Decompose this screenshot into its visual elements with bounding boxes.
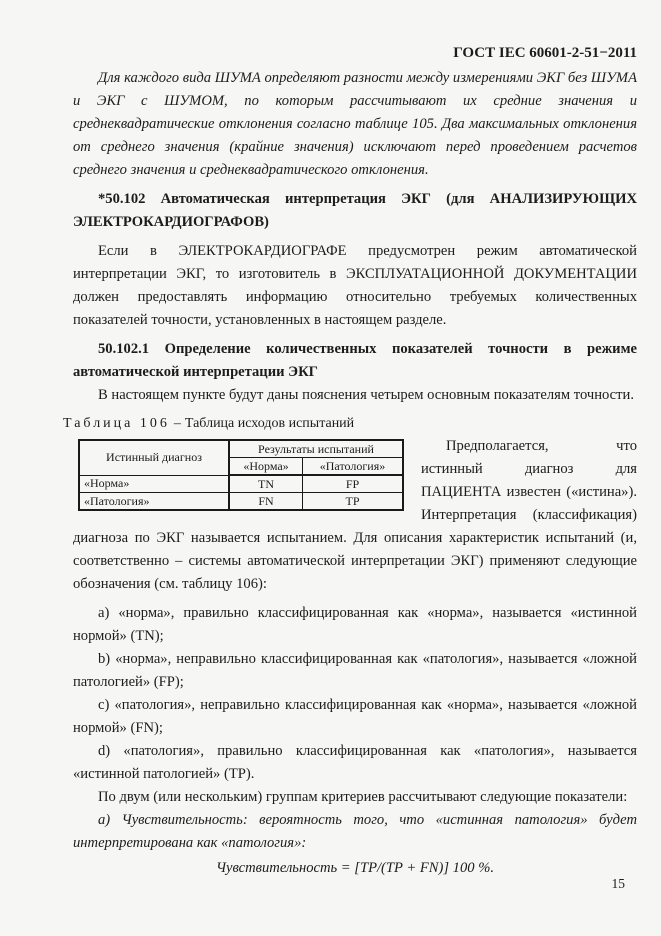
subsection-50-102-1-heading: 50.102.1 Определение количественных пока…	[73, 338, 637, 384]
table-caption-dash: –	[170, 416, 185, 431]
sensitivity-definition: а) Чувствительность: вероятность того, ч…	[73, 809, 637, 855]
cell-fp-value: FP	[303, 475, 404, 493]
cell-row-label: «Патология»	[79, 493, 229, 511]
doc-code-header: ГОСТ IEC 60601-2-51−2011	[73, 42, 637, 65]
cell-tp-value: TP	[303, 493, 404, 511]
sensitivity-formula: Чувствительность = [TP/(TP + FN)] 100 %.	[73, 857, 637, 880]
table-header-row: Истинный диагноз Результаты испытаний	[79, 440, 403, 458]
cell-pathology-subheader: «Патология»	[303, 458, 404, 476]
subsection-50-102-1-body: В настоящем пункте будут даны пояснения …	[73, 384, 637, 407]
criteria-intro-paragraph: По двум (или нескольким) группам критери…	[73, 786, 637, 809]
cell-norm-subheader: «Норма»	[229, 458, 303, 476]
section-50-102-heading: *50.102 Автоматическая интерпретация ЭКГ…	[73, 188, 637, 234]
cell-true-diagnosis-header: Истинный диагноз	[79, 440, 229, 475]
cell-tn-value: TN	[229, 475, 303, 493]
definition-item-d: d) «патология», правильно классифицирова…	[73, 740, 637, 786]
intro-paragraph: Для каждого вида ШУМА определяют разност…	[73, 67, 637, 182]
table-106: Истинный диагноз Результаты испытаний «Н…	[78, 439, 404, 511]
cell-row-label: «Норма»	[79, 475, 229, 493]
cell-fn-value: FN	[229, 493, 303, 511]
document-page: ГОСТ IEC 60601-2-51−2011 Для каждого вид…	[0, 0, 661, 936]
table-106-caption: Таблица 106–Таблица исходов испытаний	[63, 412, 637, 435]
section-50-102-body: Если в ЭЛЕКТРОКАРДИОГРАФЕ предусмотрен р…	[73, 240, 637, 332]
definition-item-a: a) «норма», правильно классифицированная…	[73, 602, 637, 648]
page-number: 15	[612, 872, 626, 895]
table-row-pathology: «Патология» FN TP	[79, 493, 403, 511]
table-row-norm: «Норма» TN FP	[79, 475, 403, 493]
cell-test-results-header: Результаты испытаний	[229, 440, 403, 458]
table-caption-label: Таблица 106	[63, 416, 170, 431]
definition-item-b: b) «норма», неправильно классифицированн…	[73, 648, 637, 694]
table-caption-title: Таблица исходов испытаний	[185, 416, 354, 431]
definition-item-c: c) «патология», неправильно классифициро…	[73, 694, 637, 740]
